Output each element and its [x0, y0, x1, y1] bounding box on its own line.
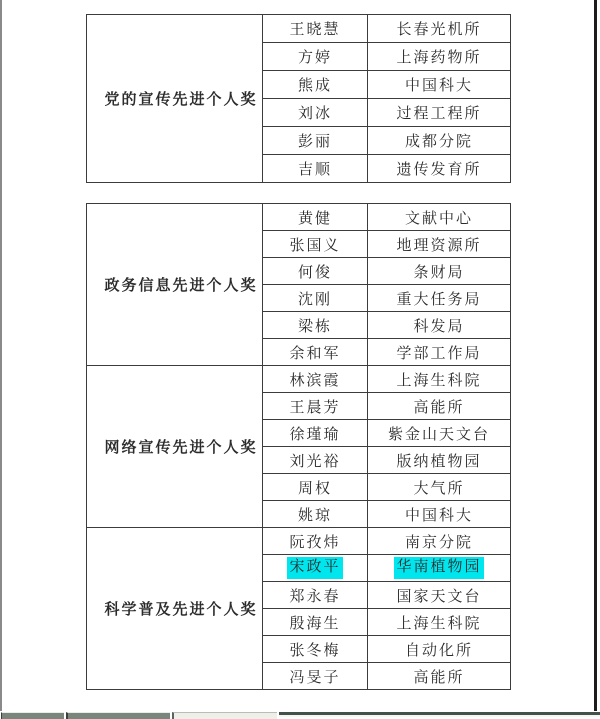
award-table: 党的宣传先进个人奖王晓慧长春光机所方婷上海药物所熊成中国科大刘冰过程工程所彭丽成… [86, 14, 511, 183]
winner-org-cell: 学部工作局 [368, 339, 511, 366]
cell-text: 中国科大 [405, 78, 473, 94]
winner-org-cell: 上海生科院 [368, 366, 511, 393]
winner-name-cell: 黄健 [263, 204, 368, 231]
winner-name-cell: 王晨芳 [263, 393, 368, 420]
table-row: 科学普及先进个人奖阮孜炜南京分院 [87, 528, 511, 555]
winner-org-cell: 上海生科院 [368, 609, 511, 636]
winner-org-cell: 紫金山天文台 [368, 420, 511, 447]
winner-name-cell: 熊成 [263, 71, 368, 99]
cell-text: 殷海生 [289, 616, 340, 632]
document-page: 党的宣传先进个人奖王晓慧长春光机所方婷上海药物所熊成中国科大刘冰过程工程所彭丽成… [0, 0, 600, 719]
cell-text: 梁栋 [298, 319, 332, 335]
winner-org-cell: 中国科大 [368, 501, 511, 528]
cell-text: 上海生科院 [396, 373, 481, 389]
cell-text: 黄健 [298, 211, 332, 227]
winner-org-cell: 上海药物所 [368, 43, 511, 71]
cell-text: 阮孜炜 [289, 535, 340, 551]
winner-name-cell: 宋政平 [263, 555, 368, 582]
winner-name-cell: 冯旻子 [263, 663, 368, 690]
winner-org-cell: 过程工程所 [368, 99, 511, 127]
cell-text: 方婷 [298, 50, 332, 66]
winner-org-cell: 国家天文台 [368, 582, 511, 609]
cell-text: 王晨芳 [289, 400, 340, 416]
cell-text: 张国义 [289, 238, 340, 254]
winner-name-cell: 徐瑾瑜 [263, 420, 368, 447]
cell-text: 长春光机所 [396, 22, 481, 38]
winner-org-cell: 条财局 [368, 258, 511, 285]
cell-text: 熊成 [298, 78, 332, 94]
cell-text: 上海生科院 [396, 616, 481, 632]
award-category-cell: 政务信息先进个人奖 [87, 204, 263, 366]
winner-name-cell: 彭丽 [263, 127, 368, 155]
cell-text: 版纳植物园 [396, 454, 481, 470]
status-segment-4 [279, 712, 600, 717]
award-category-cell: 网络宣传先进个人奖 [87, 366, 263, 528]
winner-org-cell: 成都分院 [368, 127, 511, 155]
winner-org-cell: 科发局 [368, 312, 511, 339]
table-row: 政务信息先进个人奖黄健文献中心 [87, 204, 511, 231]
winner-org-cell: 中国科大 [368, 71, 511, 99]
cell-text: 姚琼 [298, 508, 332, 524]
status-bar [0, 711, 600, 719]
winner-org-cell: 大气所 [368, 474, 511, 501]
award-table-party-publicity: 党的宣传先进个人奖王晓慧长春光机所方婷上海药物所熊成中国科大刘冰过程工程所彭丽成… [86, 14, 512, 183]
award-table: 政务信息先进个人奖黄健文献中心张国义地理资源所何俊条财局沈刚重大任务局梁栋科发局… [86, 203, 511, 690]
cell-text: 科发局 [413, 319, 464, 335]
status-segment-2 [66, 712, 170, 719]
winner-name-cell: 张国义 [263, 231, 368, 258]
cell-text: 紫金山天文台 [388, 427, 490, 443]
window-right-border [594, 0, 597, 712]
winner-name-cell: 何俊 [263, 258, 368, 285]
winner-name-cell: 王晓慧 [263, 15, 368, 43]
cell-text: 大气所 [413, 481, 464, 497]
cell-text: 彭丽 [298, 134, 332, 150]
cell-text: 自动化所 [405, 643, 473, 659]
winner-name-cell: 余和军 [263, 339, 368, 366]
winner-name-cell: 姚琼 [263, 501, 368, 528]
winner-org-cell: 长春光机所 [368, 15, 511, 43]
winner-name-cell: 殷海生 [263, 609, 368, 636]
award-table-combined: 政务信息先进个人奖黄健文献中心张国义地理资源所何俊条财局沈刚重大任务局梁栋科发局… [86, 203, 512, 690]
page-left-border [0, 0, 2, 712]
winner-org-cell: 华南植物园 [368, 555, 511, 582]
cell-text: 吉顺 [298, 162, 332, 178]
winner-name-cell: 沈刚 [263, 285, 368, 312]
winner-org-cell: 地理资源所 [368, 231, 511, 258]
cell-text: 中国科大 [405, 508, 473, 524]
cell-text: 重大任务局 [396, 292, 481, 308]
winner-org-cell: 自动化所 [368, 636, 511, 663]
highlighted-text: 华南植物园 [394, 557, 483, 579]
cell-text: 周权 [298, 481, 332, 497]
cell-text: 余和军 [289, 346, 340, 362]
cell-text: 刘冰 [298, 106, 332, 122]
cell-text: 高能所 [413, 400, 464, 416]
winner-org-cell: 高能所 [368, 393, 511, 420]
cell-text: 国家天文台 [396, 589, 481, 605]
cell-text: 林滨霞 [289, 373, 340, 389]
winner-name-cell: 方婷 [263, 43, 368, 71]
winner-org-cell: 遗传发育所 [368, 155, 511, 183]
winner-name-cell: 刘光裕 [263, 447, 368, 474]
cell-text: 冯旻子 [289, 670, 340, 686]
winner-name-cell: 林滨霞 [263, 366, 368, 393]
table-row: 网络宣传先进个人奖林滨霞上海生科院 [87, 366, 511, 393]
cell-text: 徐瑾瑜 [289, 427, 340, 443]
winner-name-cell: 阮孜炜 [263, 528, 368, 555]
cell-text: 南京分院 [405, 535, 473, 551]
status-segment-3 [172, 712, 277, 719]
award-category-cell: 科学普及先进个人奖 [87, 528, 263, 690]
winner-org-cell: 版纳植物园 [368, 447, 511, 474]
cell-text: 成都分院 [405, 134, 473, 150]
status-segment-1 [1, 712, 64, 719]
cell-text: 高能所 [413, 670, 464, 686]
winner-org-cell: 文献中心 [368, 204, 511, 231]
cell-text: 刘光裕 [289, 454, 340, 470]
cell-text: 地理资源所 [396, 238, 481, 254]
winner-org-cell: 南京分院 [368, 528, 511, 555]
cell-text: 沈刚 [298, 292, 332, 308]
table-row: 党的宣传先进个人奖王晓慧长春光机所 [87, 15, 511, 43]
cell-text: 文献中心 [405, 211, 473, 227]
winner-name-cell: 梁栋 [263, 312, 368, 339]
cell-text: 遗传发育所 [396, 162, 481, 178]
cell-text: 过程工程所 [396, 106, 481, 122]
highlighted-text: 宋政平 [287, 557, 342, 579]
cell-text: 上海药物所 [396, 50, 481, 66]
award-category-cell: 党的宣传先进个人奖 [87, 15, 263, 183]
cell-text: 何俊 [298, 265, 332, 281]
winner-org-cell: 重大任务局 [368, 285, 511, 312]
cell-text: 张冬梅 [289, 643, 340, 659]
cell-text: 郑永春 [289, 589, 340, 605]
cell-text: 学部工作局 [396, 346, 481, 362]
winner-org-cell: 高能所 [368, 663, 511, 690]
winner-name-cell: 郑永春 [263, 582, 368, 609]
cell-text: 条财局 [413, 265, 464, 281]
winner-name-cell: 刘冰 [263, 99, 368, 127]
winner-name-cell: 吉顺 [263, 155, 368, 183]
cell-text: 王晓慧 [289, 22, 340, 38]
winner-name-cell: 张冬梅 [263, 636, 368, 663]
winner-name-cell: 周权 [263, 474, 368, 501]
